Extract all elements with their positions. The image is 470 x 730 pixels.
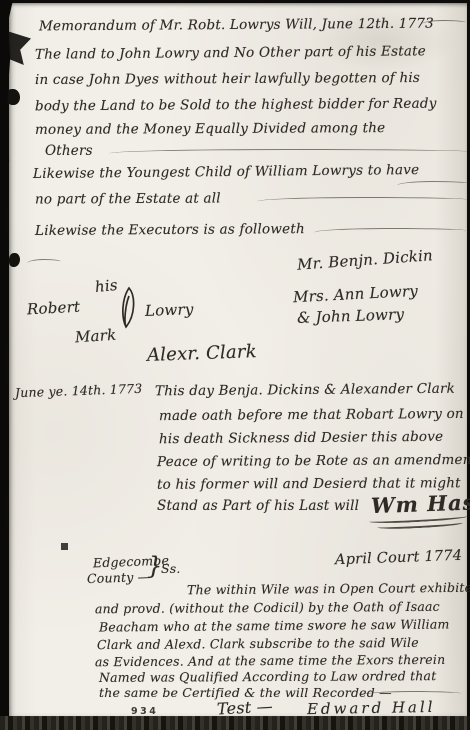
scan-edge-bottom bbox=[0, 716, 470, 730]
manuscript-line: Likewise the Executors is as followeth bbox=[35, 223, 305, 238]
oath-line: This day Benja. Dickins & Alexander Clar… bbox=[155, 383, 455, 399]
court-line: The within Wile was in Open Court exhibi… bbox=[187, 582, 470, 597]
manuscript-line: body the Land to be Sold to the highest … bbox=[35, 98, 437, 114]
oath-line: Peace of writing to be Rote as an amendm… bbox=[157, 454, 470, 470]
oath-date: June ye. 14th. 1773 bbox=[15, 383, 143, 400]
court-line: Named was Qualified According to Law ord… bbox=[99, 670, 436, 684]
court-line: Beacham who at the same time swore he sa… bbox=[99, 618, 450, 634]
flourish-rule bbox=[109, 149, 467, 158]
oath-line: Stand as Part of his Last will bbox=[157, 500, 359, 514]
ink-blot bbox=[7, 31, 31, 65]
witness-signature: Alexr. Clark bbox=[147, 343, 257, 365]
flourish-rule bbox=[257, 197, 467, 206]
manuscript-line: no part of the Estate at all bbox=[35, 193, 221, 207]
flourish-rule bbox=[27, 259, 61, 268]
oath-line: to his former will and Desierd that it m… bbox=[157, 477, 461, 492]
ink-blot bbox=[9, 253, 20, 267]
testator-first-name: Robert bbox=[27, 300, 81, 318]
county-label: County — bbox=[87, 571, 151, 586]
flourish-rule bbox=[314, 228, 466, 237]
ink-blot bbox=[61, 543, 68, 550]
court-line: Clark and Alexd. Clark subscribe to the … bbox=[97, 637, 419, 652]
executor-signature: Mrs. Ann Lowry bbox=[293, 284, 419, 306]
manuscript-line: in case John Dyes without heir lawfully … bbox=[35, 72, 420, 88]
executor-signature: & John Lowry bbox=[297, 307, 405, 326]
manuscript-line: The land to John Lowry and No Other part… bbox=[35, 45, 426, 62]
manuscript-line: Others bbox=[45, 145, 93, 159]
testator-mark-icon bbox=[117, 286, 139, 330]
ink-blot bbox=[7, 89, 20, 105]
manuscript-line: money and the Money Equally Divided amon… bbox=[35, 122, 385, 137]
testator-last-name: Lowry bbox=[145, 302, 194, 319]
oath-line: made oath before me that Robart Lowry on bbox=[159, 408, 464, 424]
oath-line: his death Sickness did Desier this above bbox=[159, 431, 443, 447]
flourish-rule bbox=[397, 181, 469, 190]
flourish-rule bbox=[421, 20, 466, 29]
manuscript-page: Memorandum of Mr. Robt. Lowrys Will, Jun… bbox=[9, 3, 467, 717]
clerk-name-signature: Edward Hall bbox=[307, 700, 436, 717]
title-line: Memorandum of Mr. Robt. Lowrys Will, Jun… bbox=[39, 18, 434, 34]
attest-label: Test — bbox=[217, 699, 274, 718]
court-line: as Evidences. And at the same time the E… bbox=[95, 654, 445, 669]
testator-mark-label: Mark bbox=[75, 328, 117, 346]
executor-signature: Mr. Benjn. Dickin bbox=[297, 248, 434, 272]
court-line: and provd. (without the Codicil) by the … bbox=[95, 601, 440, 616]
ss-abbrev: Ss. bbox=[161, 563, 181, 576]
testator-his-label: his bbox=[94, 278, 118, 295]
manuscript-scan: Memorandum of Mr. Robt. Lowrys Will, Jun… bbox=[0, 0, 470, 730]
manuscript-line: Likewise the Youngest Child of William L… bbox=[33, 164, 419, 182]
court-session: April Court 1774 bbox=[335, 549, 463, 568]
